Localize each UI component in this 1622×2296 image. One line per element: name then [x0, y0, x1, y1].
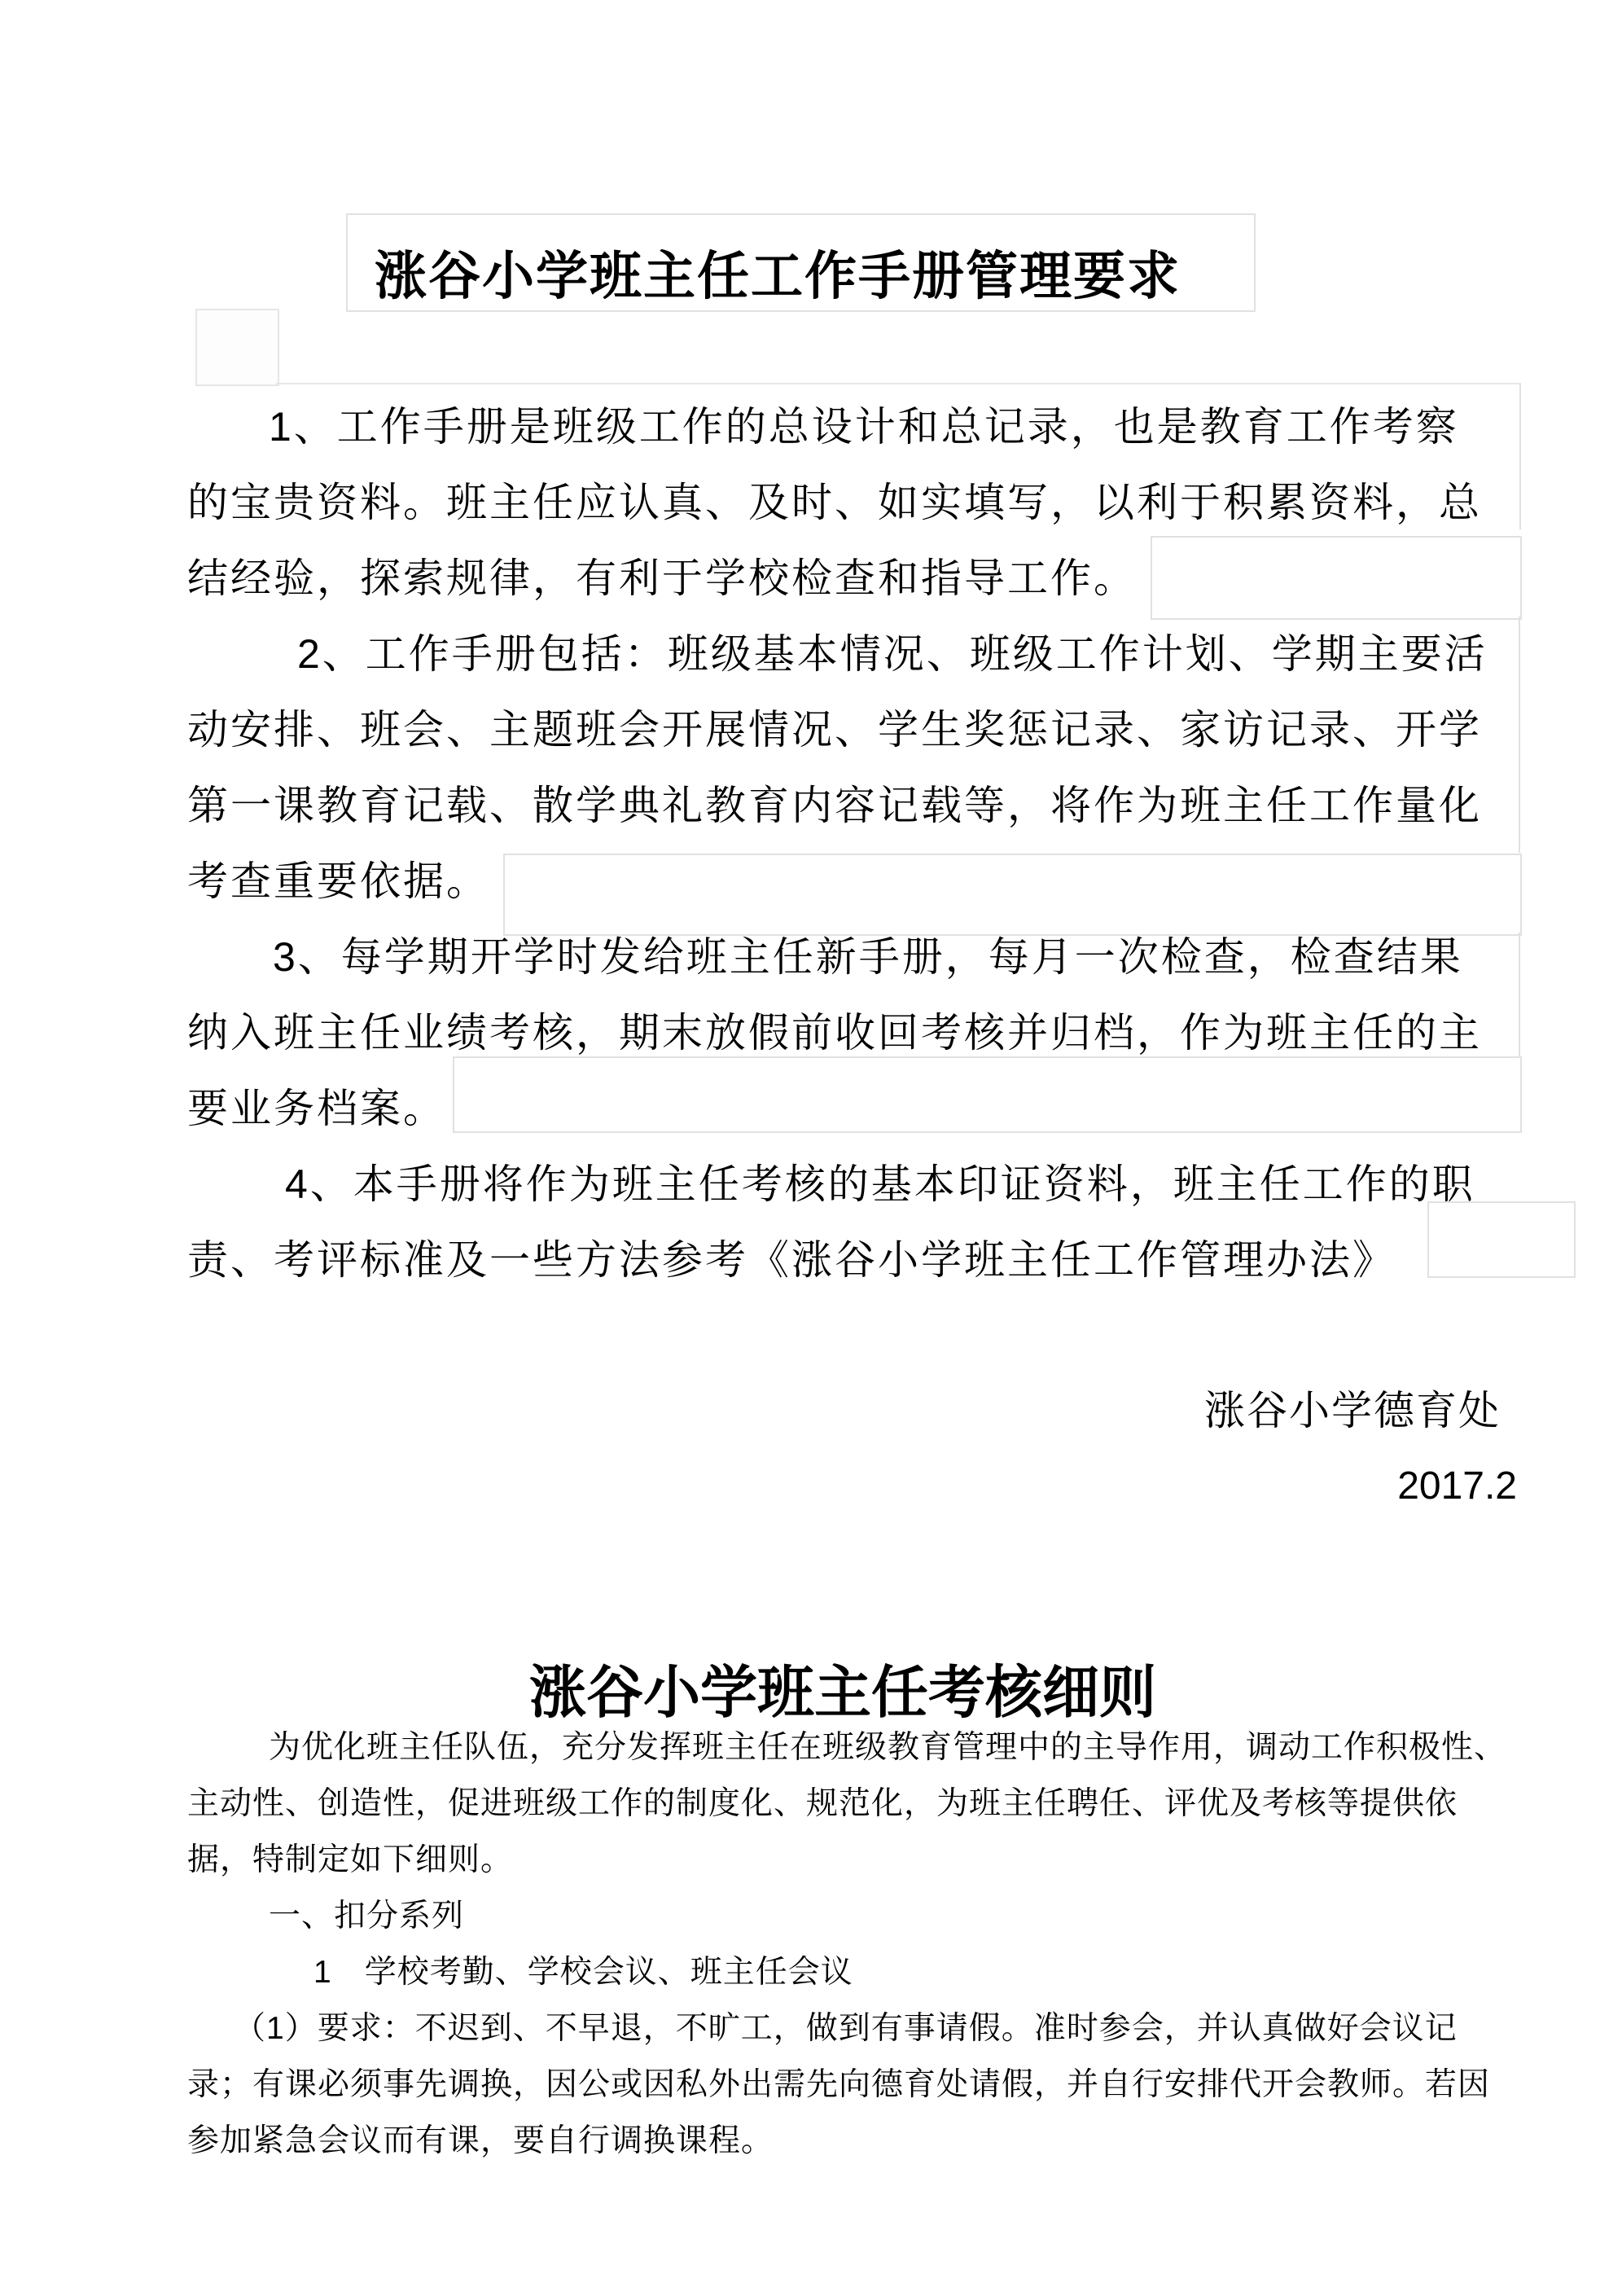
text-line: 一、扣分系列 — [187, 1888, 1588, 1944]
text-line: 主动性、创造性，促进班级工作的制度化、规范化，为班主任聘任、评优及考核等提供依 — [187, 1776, 1588, 1832]
text-line: 参加紧急会议而有课，要自行调换课程。 — [187, 2113, 1588, 2169]
text-line: 1、工作手册是班级工作的总设计和总记录，也是教育工作考察 — [187, 389, 1588, 465]
text-line: 第一课教育记载、散学典礼教育内容记载等，将作为班主任工作量化 — [187, 768, 1588, 844]
signature-org: 涨谷小学德育处 — [1204, 1378, 1501, 1437]
text-line: 录；有课必须事先调换，因公或因私外出需先向德育处请假，并自行安排代开会教师。若因 — [187, 2057, 1588, 2113]
empty-textbox-outline-1 — [195, 309, 279, 386]
text-line: 1 学校考勤、学校会议、班主任会议 — [187, 1944, 1588, 2000]
page-title: 涨谷小学班主任工作手册管理要求 — [375, 235, 1181, 309]
text-line: 考查重要依据。 — [187, 844, 1588, 920]
text-line: 3、每学期开学时发给班主任新手册，每月一次检查，检查结果 — [187, 920, 1588, 995]
text-line: 结经验，探索规律，有利于学校检查和指导工作。 — [187, 541, 1588, 617]
text-line: 2、工作手册包括：班级基本情况、班级工作计划、学期主要活 — [187, 617, 1588, 692]
text-line: 责、考评标准及一些方法参考《涨谷小学班主任工作管理办法》 — [187, 1223, 1588, 1298]
document-page: 涨谷小学班主任工作手册管理要求 1、工作手册是班级工作的总设计和总记录，也是教育… — [0, 0, 1622, 2296]
text-line: 纳入班主任业绩考核，期末放假前收回考核并归档，作为班主任的主 — [187, 995, 1588, 1071]
text-line: （1）要求：不迟到、不早退，不旷工，做到有事请假。准时参会，并认真做好会议记 — [187, 2000, 1588, 2057]
text-line: 动安排、班会、主题班会开展情况、学生奖惩记录、家访记录、开学 — [187, 692, 1588, 768]
section2-body: 为优化班主任队伍，充分发挥班主任在班级教育管理中的主导作用，调动工作积极性、 主… — [187, 1719, 1588, 2169]
text-line: 为优化班主任队伍，充分发挥班主任在班级教育管理中的主导作用，调动工作积极性、 — [187, 1719, 1588, 1776]
text-line: 的宝贵资料。班主任应认真、及时、如实填写，以利于积累资料，总 — [187, 465, 1588, 541]
section2-title: 涨谷小学班主任考核细则 — [529, 1647, 1156, 1729]
text-line: 4、本手册将作为班主任考核的基本印证资料，班主任工作的职 — [187, 1147, 1588, 1223]
section1-body: 1、工作手册是班级工作的总设计和总记录，也是教育工作考察 的宝贵资料。班主任应认… — [187, 389, 1588, 1298]
signature-date: 2017.2 — [1397, 1464, 1517, 1508]
text-line: 要业务档案。 — [187, 1071, 1588, 1147]
text-line: 据，特制定如下细则。 — [187, 1832, 1588, 1888]
